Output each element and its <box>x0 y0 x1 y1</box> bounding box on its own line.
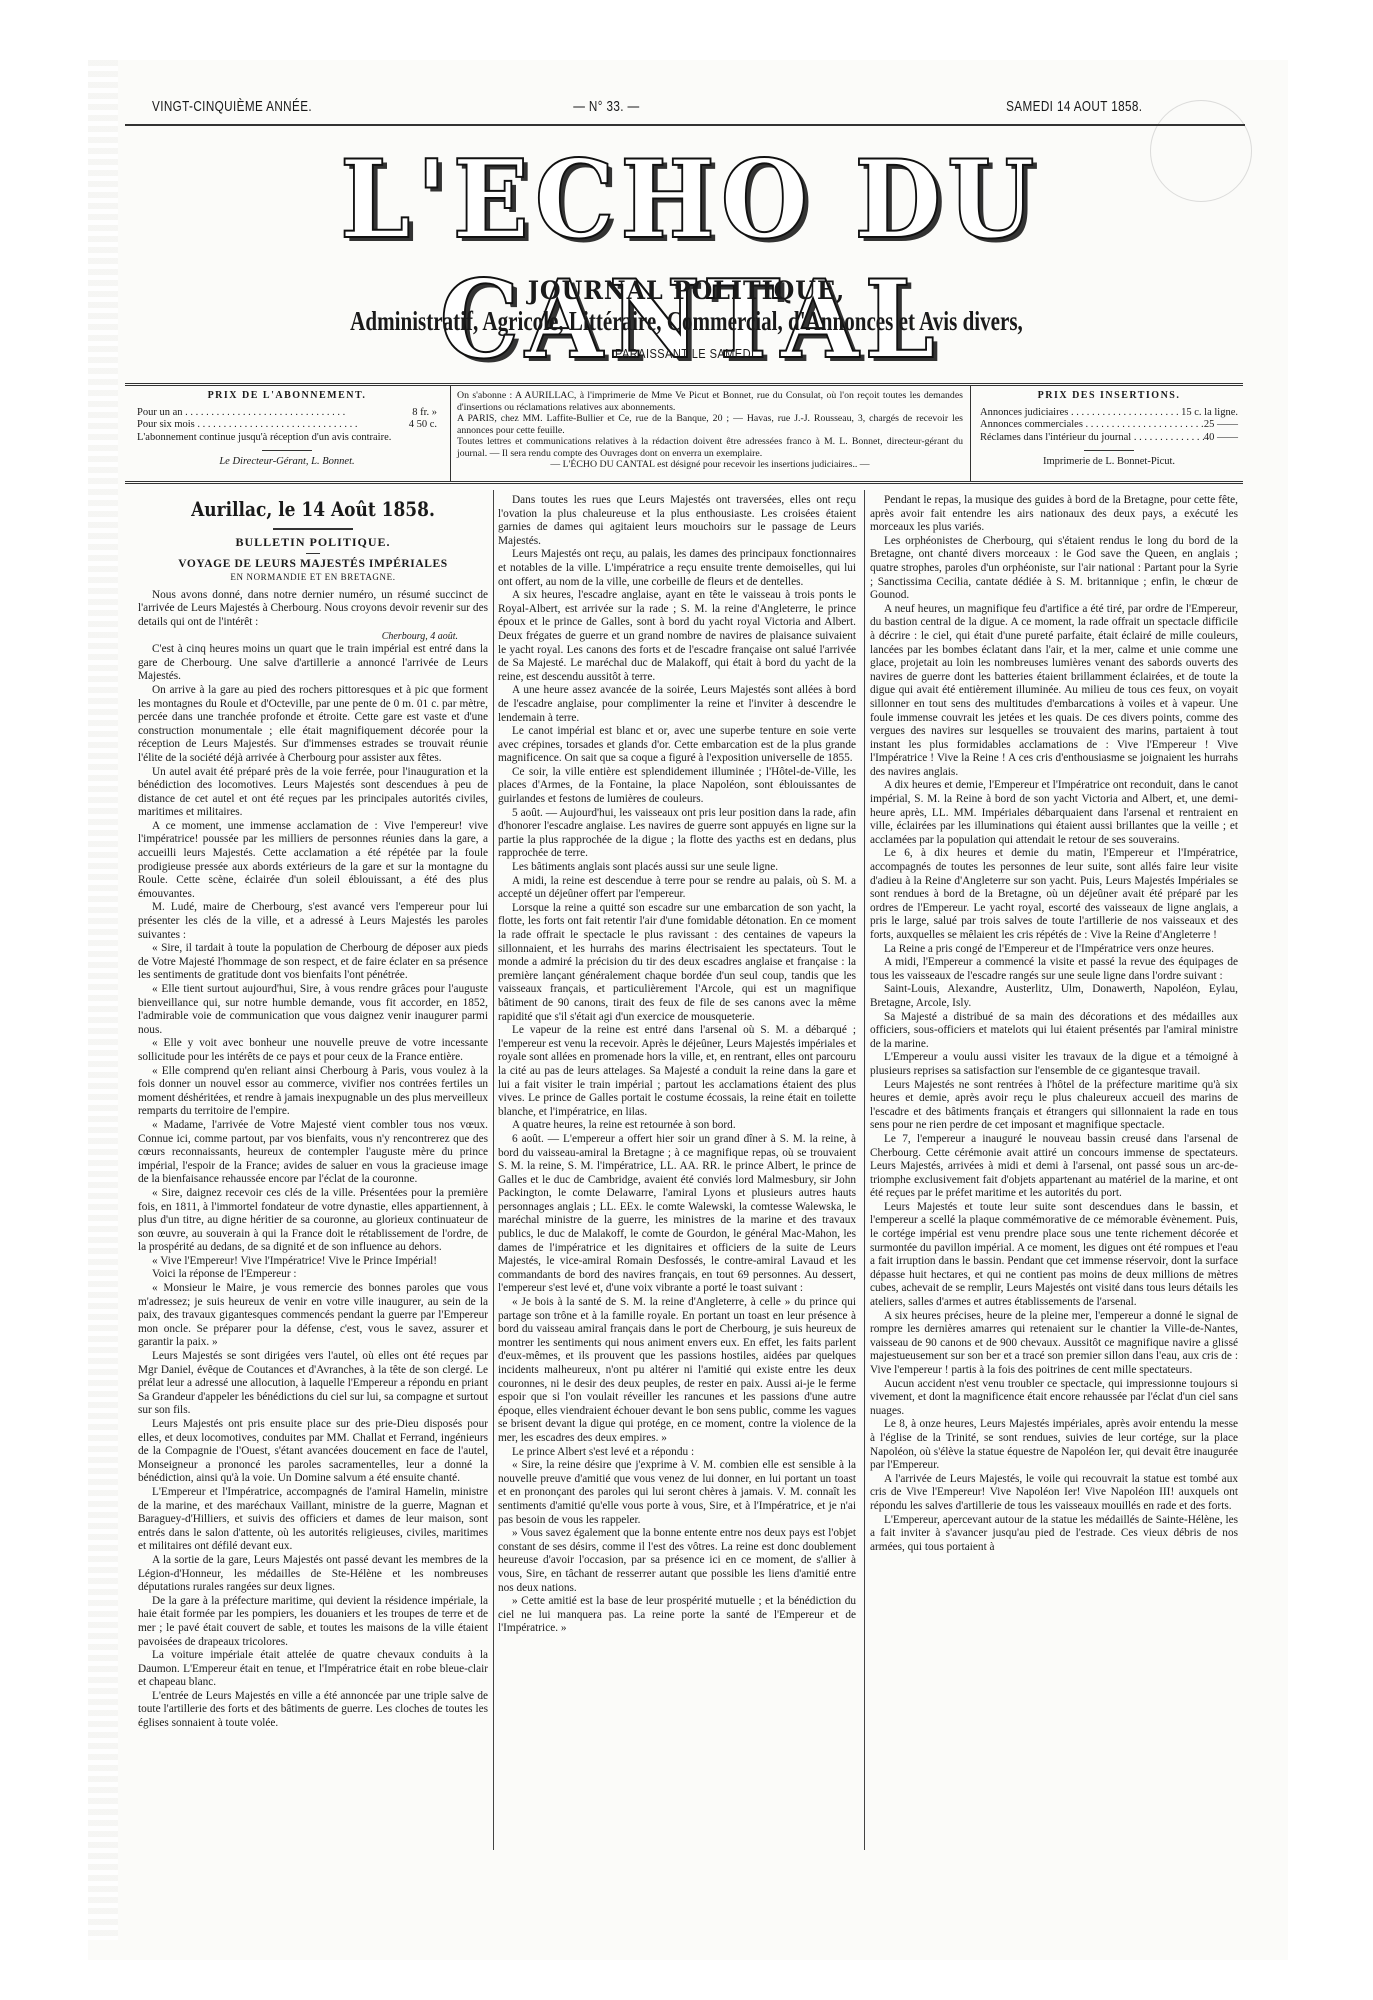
price-row: Réclames dans l'intérieur du journal 40 … <box>980 432 1238 445</box>
divider <box>306 553 320 554</box>
newspaper-subtitle: JOURNAL POLITIQUE, <box>34 276 1338 305</box>
paragraph: Voici la réponse de l'Empereur : <box>138 1268 488 1282</box>
paragraph: A la sortie de la gare, Leurs Majestés o… <box>138 1554 488 1595</box>
price-row: Annonces judiciaires 15 c. la ligne. <box>980 407 1238 420</box>
contact-line-paris: A PARIS, chez MM. Laffite-Bullier et Ce,… <box>457 413 963 436</box>
section-heading: BULLETIN POLITIQUE. <box>138 536 488 550</box>
paragraph: Leurs Majestés et toute leur suite sont … <box>870 1201 1238 1310</box>
paragraph: A midi, la reine est descendue à terre p… <box>498 875 856 902</box>
issue-date: SAMEDI 14 AOUT 1858. <box>1006 98 1142 115</box>
paragraph: « Monsieur le Maire, je vous remercie de… <box>138 1282 488 1350</box>
contact-info: On s'abonne : A AURILLAC, à l'imprimerie… <box>457 390 963 471</box>
paragraph: A midi, l'Empereur a commencé la visite … <box>870 956 1238 983</box>
paragraph: Sa Majesté a distribué de sa main des dé… <box>870 1011 1238 1052</box>
paragraph: A six heures, l'escadre anglaise, ayant … <box>498 589 856 684</box>
paragraph: » Cette amitié est la base de leur prosp… <box>498 1595 856 1636</box>
publication-frequency: PARAISSANT LE SAMEDI. <box>103 346 1270 361</box>
paragraph: « Je bois à la santé de S. M. la reine d… <box>498 1296 856 1446</box>
paragraph: 6 août. — L'empereur a offert hier soir … <box>498 1133 856 1296</box>
divider <box>273 528 353 530</box>
column-divider <box>864 490 865 1850</box>
paragraph: Le 8, à onze heures, Leurs Majestés impé… <box>870 1418 1238 1472</box>
newspaper-title: L'ECHO DU CANTAL <box>179 140 1202 380</box>
paragraph: Leurs Majestés se sont dirigées vers l'a… <box>138 1350 488 1418</box>
divider <box>262 450 312 451</box>
divider <box>450 386 451 481</box>
newspaper-tagline: Administratif, Agricole, Littéraire, Com… <box>151 306 1222 337</box>
paragraph: Dans toutes les rues que Leurs Majestés … <box>498 494 856 548</box>
subscription-prices: PRIX DE L'ABONNEMENT. Pour un an 8 fr. »… <box>137 390 437 469</box>
paragraph: On arrive à la gare au pied des rochers … <box>138 684 488 766</box>
paragraph: La Reine a pris congé de l'Empereur et d… <box>870 943 1238 957</box>
paragraph: « Elle y voit avec bonheur une nouvelle … <box>138 1037 488 1064</box>
column-1-paragraphs: C'est à cinq heures moins un quart que l… <box>138 643 488 1731</box>
contact-line-aurillac: On s'abonne : A AURILLAC, à l'imprimerie… <box>457 390 963 413</box>
price-row: Pour un an 8 fr. » <box>137 407 437 420</box>
paragraph: » Vous savez également que la bonne ente… <box>498 1527 856 1595</box>
paragraph: « Elle tient surtout aujourd'hui, Sire, … <box>138 983 488 1037</box>
paragraph: M. Ludé, maire de Cherbourg, s'est avanc… <box>138 901 488 942</box>
paragraph: 5 août. — Aujourd'hui, les vaisseaux ont… <box>498 807 856 861</box>
column-divider <box>493 490 494 1850</box>
paragraph: Saint-Louis, Alexandre, Austerlitz, Ulm,… <box>870 983 1238 1010</box>
printer-credit: Imprimerie de L. Bonnet-Picut. <box>980 456 1238 469</box>
judicial-notice: — L'ÉCHO DU CANTAL est désigné pour rece… <box>457 459 963 471</box>
paragraph: A neuf heures, un magnifique feu d'artif… <box>870 603 1238 780</box>
article-headline: VOYAGE DE LEURS MAJESTÉS IMPÉRIALES <box>138 558 488 572</box>
paragraph: Le vapeur de la reine est entré dans l'a… <box>498 1024 856 1119</box>
place-date: Cherbourg, 4 août. <box>138 630 488 644</box>
price-row: Pour six mois 4 50 c. <box>137 419 437 432</box>
paragraph: « Sire, la reine désire que j'exprime à … <box>498 1459 856 1527</box>
paragraph: L'Empereur, apercevant autour de la stat… <box>870 1514 1238 1555</box>
paragraph: C'est à cinq heures moins un quart que l… <box>138 643 488 684</box>
paragraph: « Elle comprend qu'en reliant ainsi Cher… <box>138 1065 488 1119</box>
paragraph: Le prince Albert s'est levé et a répondu… <box>498 1446 856 1460</box>
paragraph: A quatre heures, la reine est retournée … <box>498 1119 856 1133</box>
paragraph: Les bâtiments anglais sont placés aussi … <box>498 861 856 875</box>
issue-number: — N° 33. — <box>573 98 639 115</box>
torn-left-edge <box>88 60 118 1940</box>
column-1: Aurillac, le 14 Août 1858. BULLETIN POLI… <box>138 494 488 1731</box>
paragraph: Les orphéonistes de Cherbourg, qui s'éta… <box>870 535 1238 603</box>
divider <box>970 386 971 481</box>
masthead-rule <box>125 124 1245 126</box>
paragraph: « Vive l'Empereur! Vive l'Impératrice! V… <box>138 1255 488 1269</box>
paragraph: Le 7, l'empereur a inauguré le nouveau b… <box>870 1133 1238 1201</box>
paragraph: Ce soir, la ville entière est splendidem… <box>498 766 856 807</box>
paragraph: Un autel avait été préparé près de la vo… <box>138 766 488 820</box>
paragraph: Aucun accident n'est venu troubler ce sp… <box>870 1378 1238 1419</box>
contact-line-correspondence: Toutes lettres et communications relativ… <box>457 436 963 459</box>
year-label: VINGT-CINQUIÈME ANNÉE. <box>152 98 312 115</box>
paragraph: L'Empereur et l'Impératrice, accompagnés… <box>138 1486 488 1554</box>
paragraph: La voiture impériale était attelée de qu… <box>138 1649 488 1690</box>
paragraph: « Sire, daignez recevoir ces clés de la … <box>138 1187 488 1255</box>
subscription-info-band: PRIX DE L'ABONNEMENT. Pour un an 8 fr. »… <box>125 383 1243 484</box>
paragraph: L'Empereur a voulu aussi visiter les tra… <box>870 1051 1238 1078</box>
insertions-heading: PRIX DES INSERTIONS. <box>980 390 1238 403</box>
director-signature: Le Directeur-Gérant, L. Bonnet. <box>137 456 437 469</box>
paragraph: A dix heures et demie, l'Empereur et l'I… <box>870 779 1238 847</box>
paragraph: Leurs Majestés ne sont rentrées à l'hôte… <box>870 1079 1238 1133</box>
paragraph: A six heures précises, heure de la plein… <box>870 1310 1238 1378</box>
paragraph: L'entrée de Leurs Majestés en ville a ét… <box>138 1690 488 1731</box>
insertion-prices: PRIX DES INSERTIONS. Annonces judiciaire… <box>980 390 1238 469</box>
masthead-top-line: VINGT-CINQUIÈME ANNÉE. — N° 33. — SAMEDI… <box>152 98 979 120</box>
column-2-paragraphs: Dans toutes les rues que Leurs Majestés … <box>498 494 856 1636</box>
paragraph: Pendant le repas, la musique des guides … <box>870 494 1238 535</box>
paragraph: A l'arrivée de Leurs Majestés, le voile … <box>870 1473 1238 1514</box>
paragraph: Le 6, à dix heures et demie du matin, l'… <box>870 847 1238 942</box>
article-subheadline: EN NORMANDIE ET EN BRETAGNE. <box>138 571 488 585</box>
divider <box>1084 450 1134 451</box>
subscription-heading: PRIX DE L'ABONNEMENT. <box>137 390 437 403</box>
column-2: Dans toutes les rues que Leurs Majestés … <box>498 494 856 1636</box>
paragraph: A une heure assez avancée de la soirée, … <box>498 684 856 725</box>
price-row: Annonces commerciales 25 —— <box>980 419 1238 432</box>
subscription-note: L'abonnement continue jusqu'à réception … <box>137 432 437 445</box>
article-intro: Nous avons donné, dans notre dernier num… <box>138 589 488 630</box>
dateline: Aurillac, le 14 Août 1858. <box>164 496 462 522</box>
paragraph: Leurs Majestés ont reçu, au palais, les … <box>498 548 856 589</box>
paragraph: Leurs Majestés ont pris ensuite place su… <box>138 1418 488 1486</box>
paragraph: « Sire, il tardait à toute la population… <box>138 942 488 983</box>
paragraph: Le canot impérial est blanc et or, avec … <box>498 725 856 766</box>
column-3: Pendant le repas, la musique des guides … <box>870 494 1238 1554</box>
paragraph: A ce moment, une immense acclamation de … <box>138 820 488 902</box>
paragraph: De la gare à la préfecture maritime, qui… <box>138 1595 488 1649</box>
paragraph: « Madame, l'arrivée de Votre Majesté vie… <box>138 1119 488 1187</box>
paragraph: Lorsque la reine a quitté son escadre su… <box>498 902 856 1024</box>
column-3-paragraphs: Pendant le repas, la musique des guides … <box>870 494 1238 1554</box>
